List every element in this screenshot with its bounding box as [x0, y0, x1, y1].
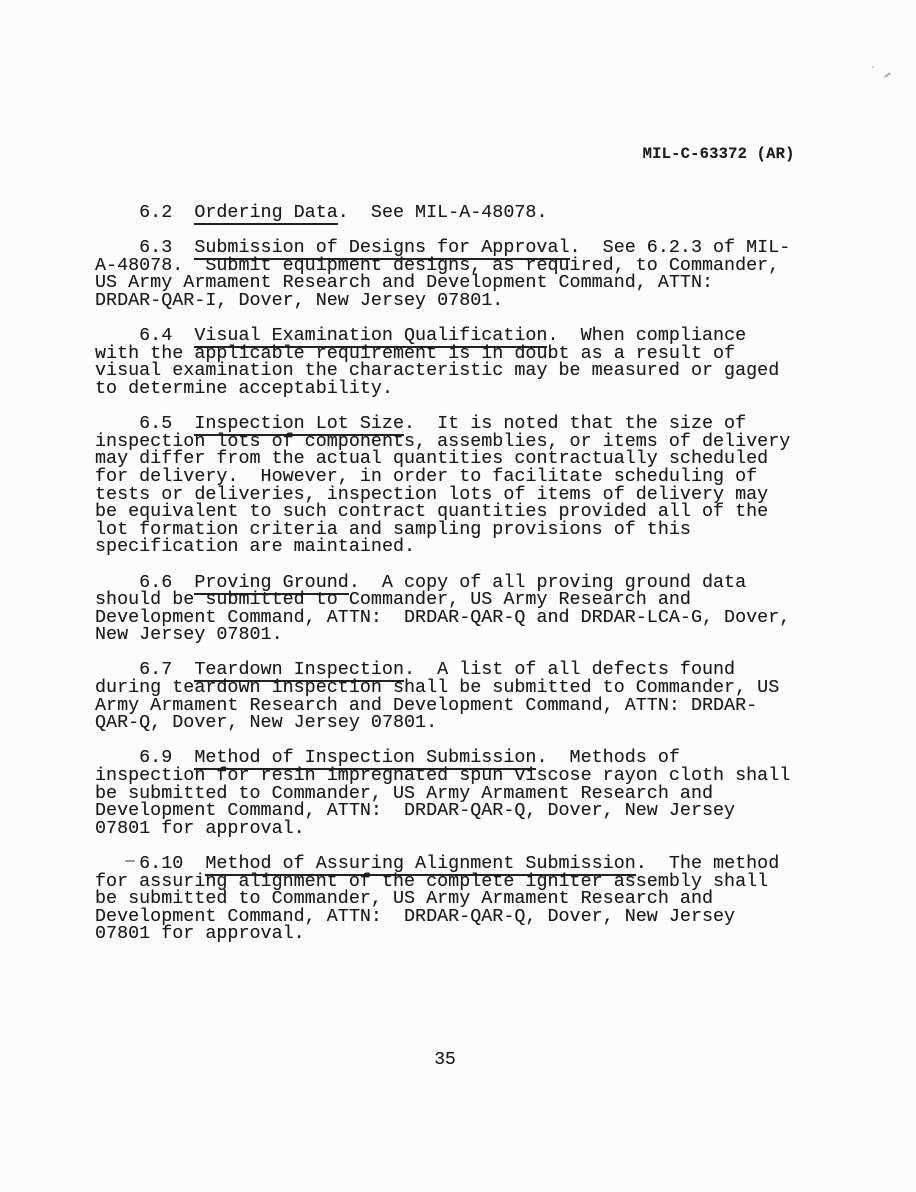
- section-6-6: 6.6Proving Ground. A copy of all proving…: [95, 574, 795, 644]
- section-6-3: 6.3Submission of Designs for Approval. S…: [95, 239, 795, 309]
- section-6-10: 6.10Method of Assuring Alignment Submiss…: [95, 855, 795, 943]
- section-6-5: 6.5Inspection Lot Size. It is noted that…: [95, 415, 795, 556]
- section-6-2: 6.2Ordering Data. See MIL-A-48078.: [95, 204, 795, 222]
- section-6-9: 6.9Method of Inspection Submission. Meth…: [95, 749, 795, 837]
- scan-artifact: [884, 72, 891, 78]
- section-body: . It is noted that the size of inspectio…: [95, 413, 801, 557]
- scan-artifact: [872, 66, 874, 68]
- document-page: MIL-C-63372 (AR) 6.2Ordering Data. See M…: [95, 146, 795, 961]
- section-title: Ordering Data: [194, 202, 337, 225]
- section-6-7: 6.7Teardown Inspection. A list of all de…: [95, 661, 795, 731]
- doc-id-header: MIL-C-63372 (AR): [95, 146, 795, 163]
- section-body: . See MIL-A-48078.: [338, 202, 548, 223]
- scan-artifact: [125, 860, 135, 862]
- page-number: 35: [95, 1050, 795, 1070]
- section-6-4: 6.4Visual Examination Qualification. Whe…: [95, 327, 795, 397]
- section-number: 6.2: [139, 202, 172, 223]
